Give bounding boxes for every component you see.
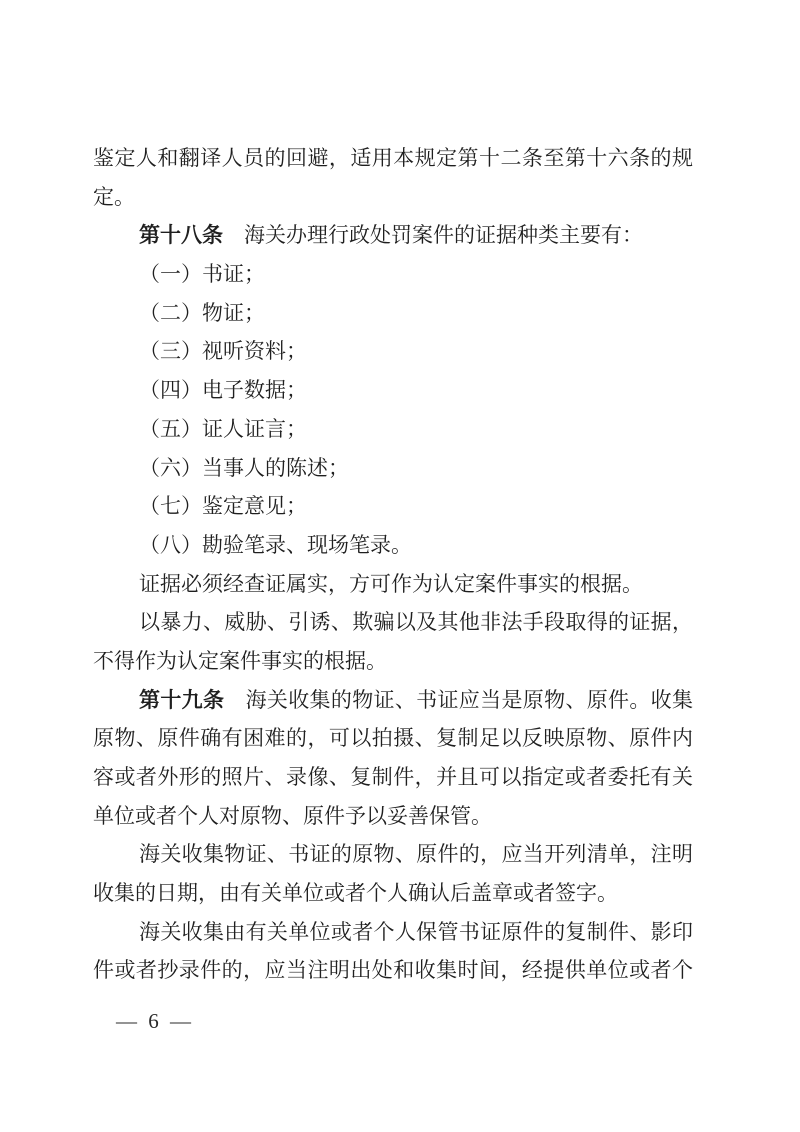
line-text: （六）当事人的陈述； xyxy=(139,456,349,480)
text-line: 单位或者个人对原物、原件予以妥善保管。 xyxy=(93,797,693,836)
line-text: （一）书证； xyxy=(139,262,265,286)
document-page: 鉴定人和翻译人员的回避，适用本规定第十二条至第十六条的规 定。 第十八条 海关办… xyxy=(0,0,800,1132)
line-text: 鉴定人和翻译人员的回避，适用本规定第十二条至第十六条的规 xyxy=(93,146,693,170)
line-text: 容或者外形的照片、录像、复制件，并且可以指定或者委托有关 xyxy=(93,765,693,789)
line-text: 海关收集由有关单位或者个人保管书证原件的复制件、影印 xyxy=(139,920,693,944)
line-text: 证据必须经查证属实，方可作为认定案件事实的根据。 xyxy=(139,572,643,596)
list-item-line: （二）物证； xyxy=(93,294,693,333)
list-item-line: （六）当事人的陈述； xyxy=(93,449,693,488)
page-number: — 6 — xyxy=(116,1009,194,1033)
text-line: 容或者外形的照片、录像、复制件，并且可以指定或者委托有关 xyxy=(93,758,693,797)
line-text: 海关收集物证、书证的原物、原件的，应当开列清单，注明 xyxy=(139,842,693,866)
text-line: 海关收集由有关单位或者个人保管书证原件的复制件、影印 xyxy=(93,913,693,952)
list-item-line: （四）电子数据； xyxy=(93,371,693,410)
line-text: 原物、原件确有困难的，可以拍摄、复制足以反映原物、原件内 xyxy=(93,726,693,750)
text-line: 证据必须经查证属实，方可作为认定案件事实的根据。 xyxy=(93,565,693,604)
text-line: 以暴力、威胁、引诱、欺骗以及其他非法手段取得的证据， xyxy=(93,603,693,642)
article-19-heading-line: 第十九条 海关收集的物证、书证应当是原物、原件。收集 xyxy=(93,681,693,720)
line-text: （五）证人证言； xyxy=(139,417,307,441)
line-text: 以暴力、威胁、引诱、欺骗以及其他非法手段取得的证据， xyxy=(139,610,693,634)
article-18-heading-line: 第十八条 海关办理行政处罚案件的证据种类主要有： xyxy=(93,216,693,255)
line-text: （三）视听资料； xyxy=(139,339,307,363)
line-text: （二）物证； xyxy=(139,301,265,325)
list-item-line: （五）证人证言； xyxy=(93,410,693,449)
document-body: 鉴定人和翻译人员的回避，适用本规定第十二条至第十六条的规 定。 第十八条 海关办… xyxy=(93,139,693,990)
line-text: 件或者抄录件的，应当注明出处和收集时间，经提供单位或者个 xyxy=(93,958,693,982)
line-text: （四）电子数据； xyxy=(139,378,307,402)
text-line: 鉴定人和翻译人员的回避，适用本规定第十二条至第十六条的规 xyxy=(93,139,693,178)
list-item-line: （八）勘验笔录、现场笔录。 xyxy=(93,526,693,565)
text-line: 件或者抄录件的，应当注明出处和收集时间，经提供单位或者个 xyxy=(93,951,693,990)
article-number: 第十八条 xyxy=(139,223,223,247)
text-line: 收集的日期，由有关单位或者个人确认后盖章或者签字。 xyxy=(93,874,693,913)
text-line: 原物、原件确有困难的，可以拍摄、复制足以反映原物、原件内 xyxy=(93,719,693,758)
line-text: 单位或者个人对原物、原件予以妥善保管。 xyxy=(93,804,492,828)
list-item-line: （一）书证； xyxy=(93,255,693,294)
line-text: 海关收集的物证、书证应当是原物、原件。收集 xyxy=(224,688,693,712)
page-footer: — 6 — xyxy=(116,1008,194,1034)
text-line: 定。 xyxy=(93,178,693,217)
line-text: （八）勘验笔录、现场笔录。 xyxy=(139,533,412,557)
article-number: 第十九条 xyxy=(139,688,224,712)
line-text: 海关办理行政处罚案件的证据种类主要有： xyxy=(223,223,643,247)
list-item-line: （七）鉴定意见； xyxy=(93,487,693,526)
text-line: 海关收集物证、书证的原物、原件的，应当开列清单，注明 xyxy=(93,835,693,874)
line-text: 不得作为认定案件事实的根据。 xyxy=(93,649,387,673)
line-text: （七）鉴定意见； xyxy=(139,494,307,518)
line-text: 定。 xyxy=(93,185,135,209)
list-item-line: （三）视听资料； xyxy=(93,332,693,371)
line-text: 收集的日期，由有关单位或者个人确认后盖章或者签字。 xyxy=(93,881,618,905)
text-line: 不得作为认定案件事实的根据。 xyxy=(93,642,693,681)
